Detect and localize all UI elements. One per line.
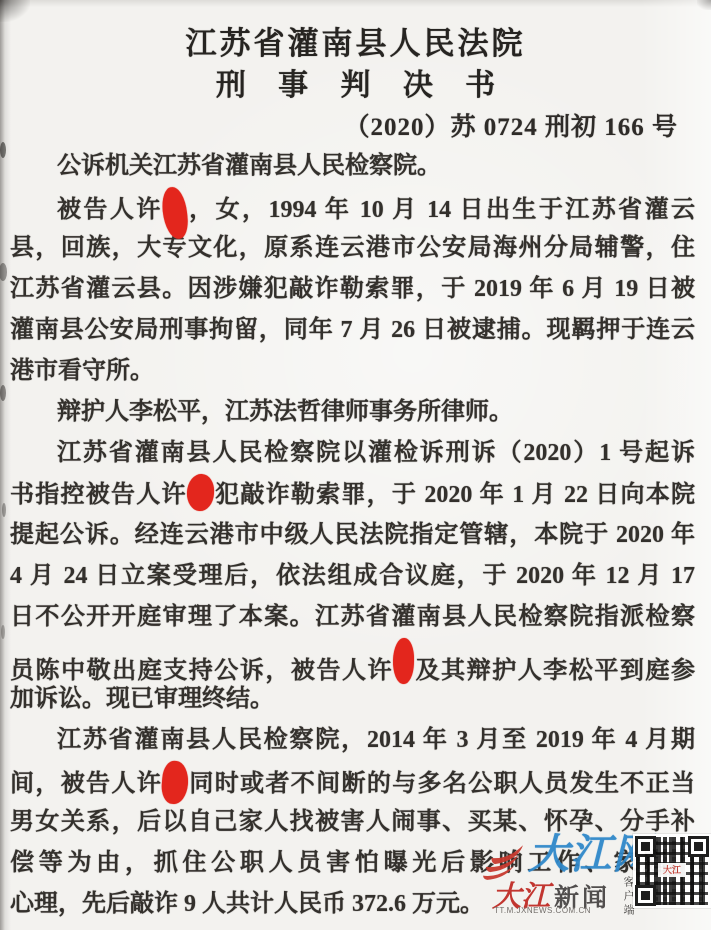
document-line: 加诉讼。现已审理终结。 — [10, 679, 695, 720]
redaction-mark — [160, 760, 190, 805]
document-line: 公诉机关江苏省灌南县人民检察院。 — [10, 146, 695, 187]
qr-finder-icon — [635, 885, 656, 906]
document-line: 书指控被告人许犯敲诈勒索罪，于 2020 年 1 月 22 日向本院 — [10, 474, 695, 515]
qr-finder-icon — [688, 836, 709, 857]
document-body: 公诉机关江苏省灌南县人民检察院。被告人许，女，1994 年 10 月 14 日出… — [10, 146, 695, 925]
document-line: 日不公开开庭审理了本案。江苏省灌南县人民检察院指派检察 — [10, 597, 695, 638]
news-watermark: 大江网 大江新闻 TT.M.JXNEWS.COM.CN 客户端 大江 — [462, 830, 711, 930]
qr-center-label: 大江 — [658, 863, 686, 877]
page-title-doctype: 刑 事 判 决 书 — [0, 60, 711, 104]
binding-smudges — [0, 142, 6, 158]
watermark-url: TT.M.JXNEWS.COM.CN — [494, 906, 591, 915]
document-line: 江苏省灌南县人民检察院以灌检诉刑诉（2020）1 号起诉 — [10, 433, 695, 474]
document-line: 辩护人李松平，江苏法哲律师事务所律师。 — [10, 392, 695, 433]
scan-corner-shadow — [697, 0, 711, 10]
document-line: 江苏省灌云县。因涉嫌犯敲诈勒索罪，于 2019 年 6 月 19 日被 — [10, 269, 695, 310]
case-number: （2020）苏 0724 刑初 166 号 — [344, 107, 678, 143]
document-line: 江苏省灌南县人民检察院，2014 年 3 月至 2019 年 4 月期 — [10, 720, 695, 761]
document-line: 4 月 24 日立案受理后，依法组成合议庭，于 2020 年 12 月 17 — [10, 556, 695, 597]
qr-finder-icon — [635, 836, 656, 857]
document-line: 员陈中敬出庭支持公诉，被告人许及其辩护人李松平到庭参 — [10, 638, 695, 679]
document-line: 港市看守所。 — [10, 351, 695, 392]
document-line: 被告人许，女，1994 年 10 月 14 日出生于江苏省灌云 — [10, 187, 695, 228]
document-line: 间，被告人许同时或者不间断的与多名公职人员发生不正当 — [10, 761, 695, 802]
page-title-court: 江苏省灌南县人民法院 — [0, 18, 711, 63]
qr-code: 大江 — [633, 834, 711, 908]
document-line: 灌南县公安局刑事拘留，同年 7 月 26 日被逮捕。现羁押于连云 — [10, 310, 695, 351]
document-line: 提起公诉。经连云港市中级人民法院指定管辖，本院于 2020 年 — [10, 515, 695, 556]
court-document-page: 江苏省灌南县人民法院 刑 事 判 决 书 （2020）苏 0724 刑初 166… — [0, 0, 711, 930]
document-line: 县，回族，大专文化，原系连云港市公安局海州分局辅警，住 — [10, 228, 695, 269]
redaction-mark — [186, 473, 215, 511]
redaction-mark — [392, 638, 415, 685]
